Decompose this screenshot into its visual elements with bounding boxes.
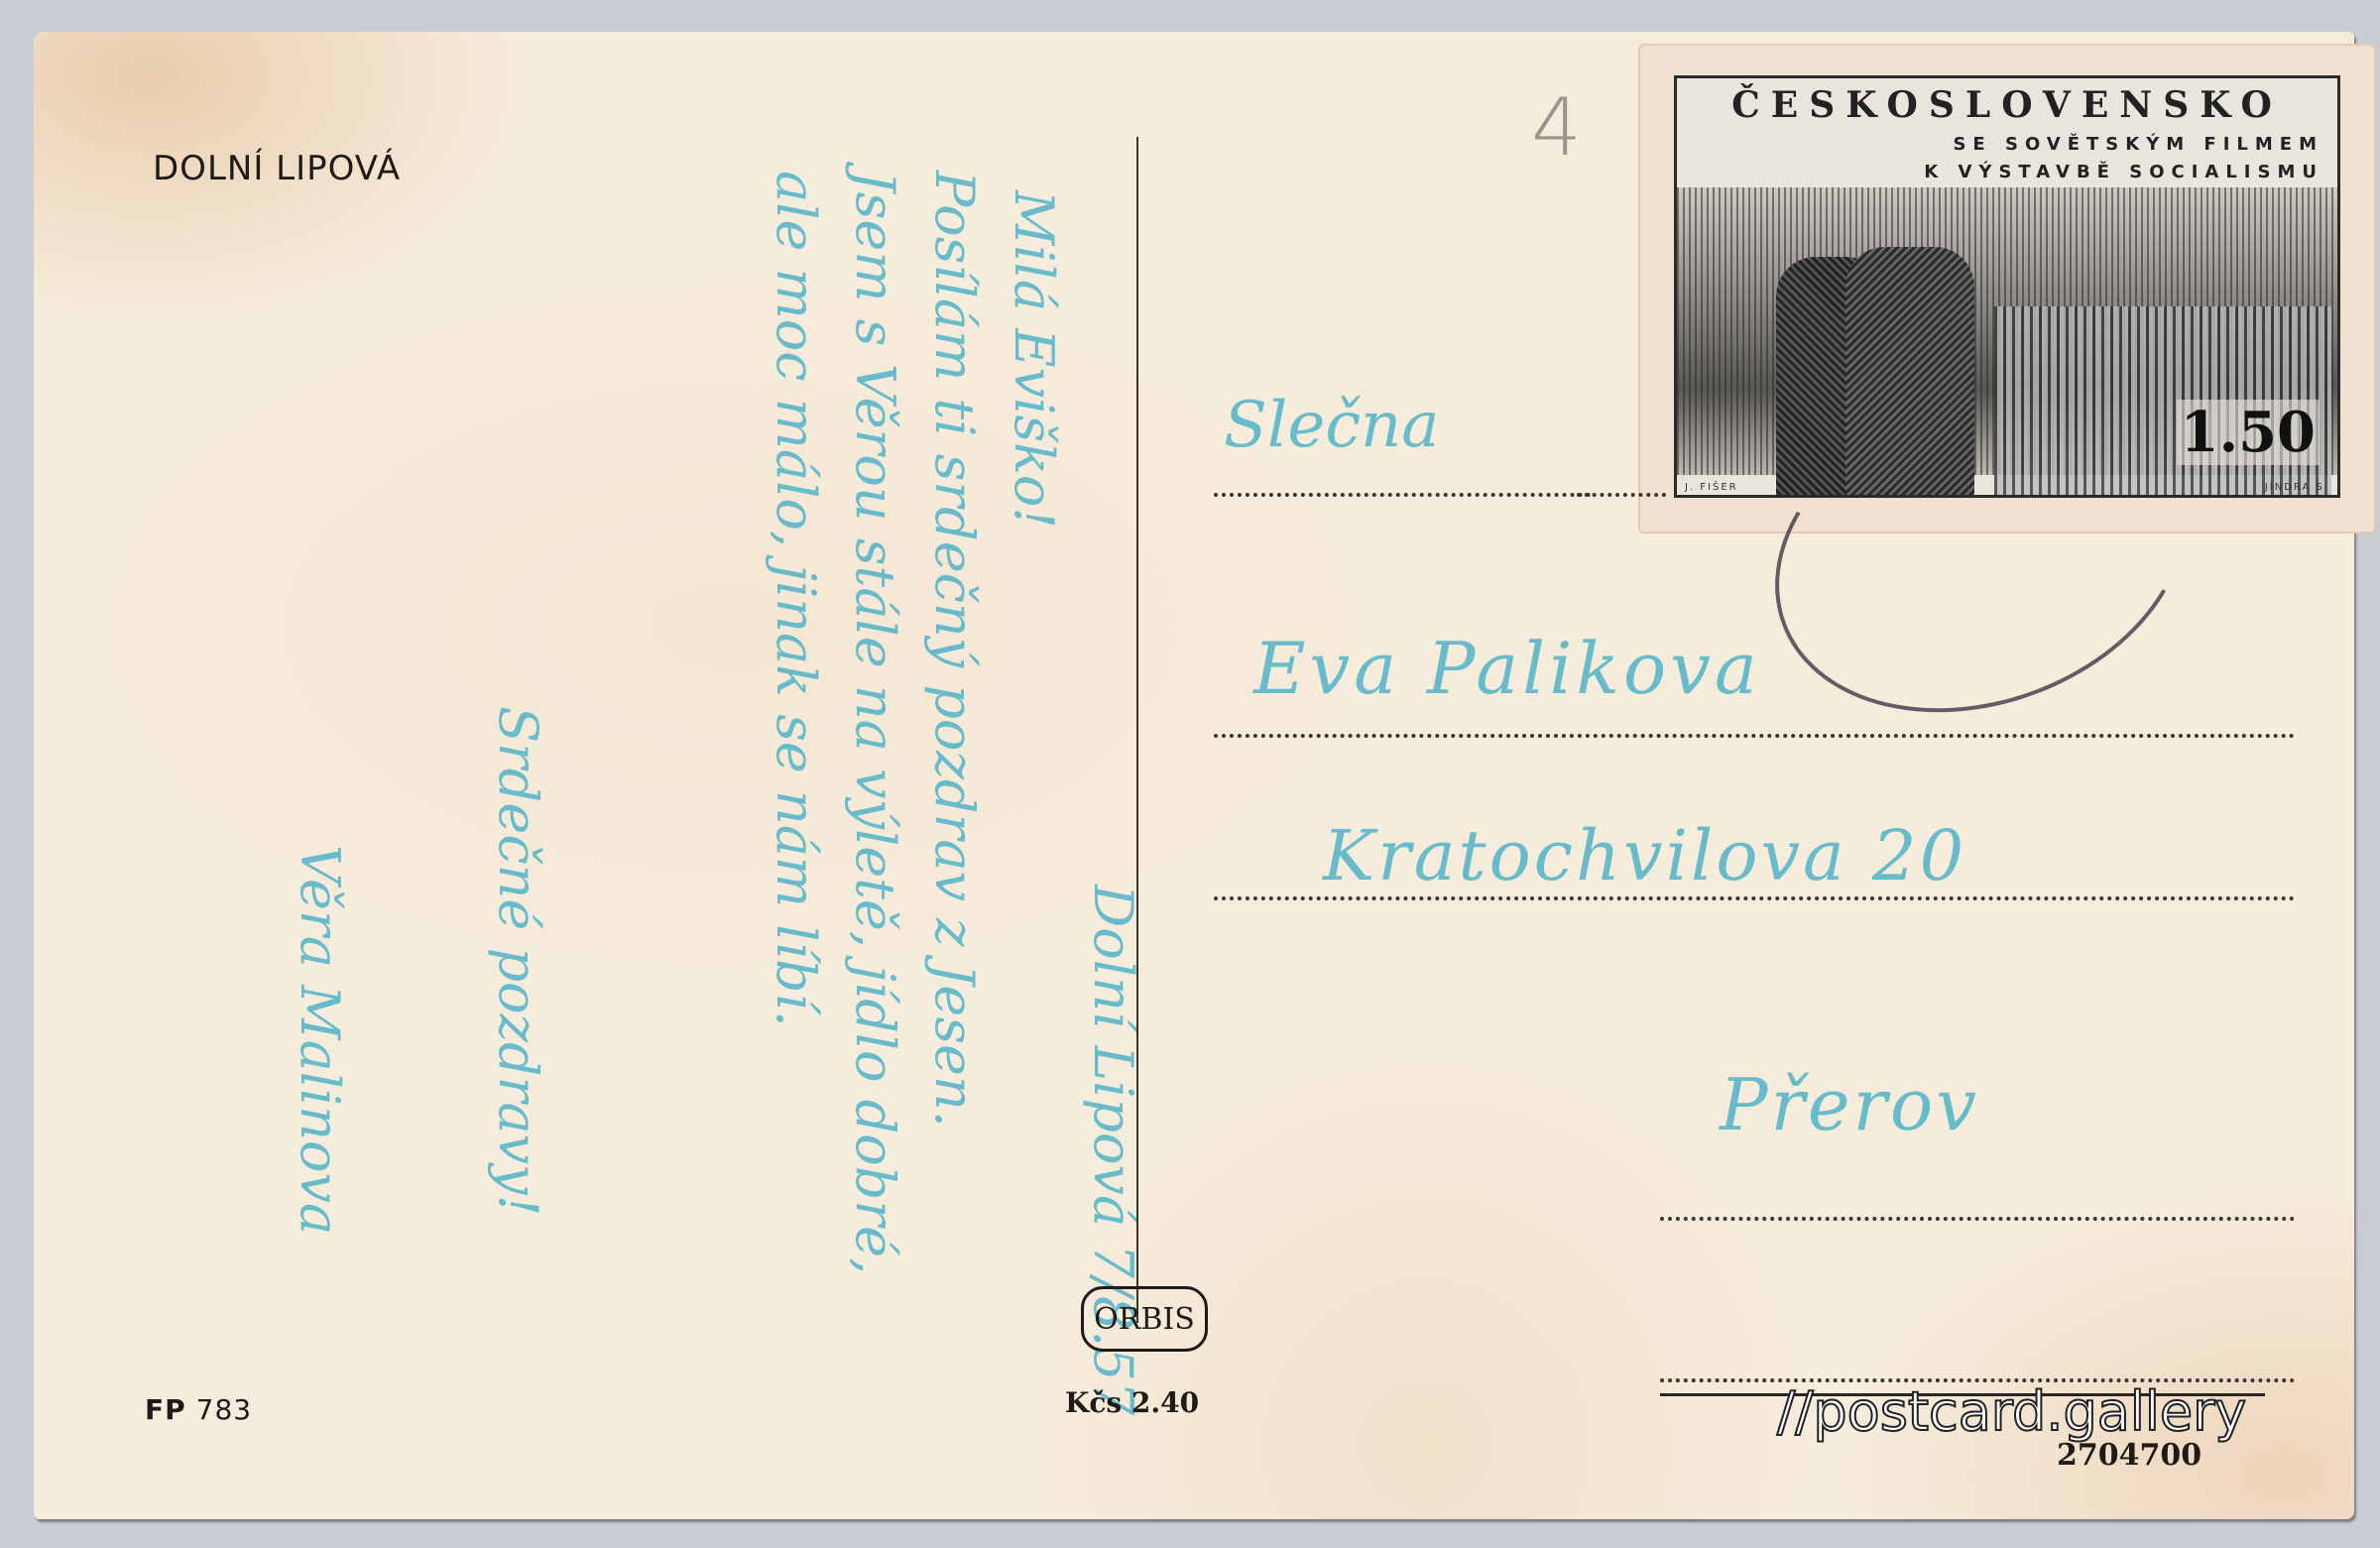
series-prefix: FP bbox=[145, 1393, 186, 1426]
stamp-country: ČESKOSLOVENSKO bbox=[1677, 84, 2337, 126]
address-name: Eva Palikova bbox=[1253, 627, 1761, 710]
publisher-logo: ORBIS bbox=[1081, 1286, 1208, 1352]
message-line: Jsem s Věrou stále na výletě, jídlo dobr… bbox=[844, 171, 906, 1274]
message-line: Milá Eviško! bbox=[1003, 190, 1065, 529]
address-city: Přerov bbox=[1720, 1063, 1979, 1146]
message-line: Věra Malinova bbox=[289, 845, 351, 1235]
stamp-engraver: JINDRA S. bbox=[2265, 482, 2329, 493]
stamp-subtitle: SE SOVĚTSKÝM FILMEM bbox=[1953, 134, 2323, 155]
address-dotted-line bbox=[1214, 493, 1591, 497]
vertical-divider bbox=[1136, 137, 1138, 1323]
address-salutation: Slečna bbox=[1224, 389, 1439, 462]
address-dotted-line bbox=[1577, 493, 1666, 497]
serial-number: 2704700 bbox=[2057, 1438, 2201, 1473]
pencil-mark: 4 bbox=[1531, 81, 1582, 174]
message-line: Posílám ti srdečný pozdrav z Jesen. bbox=[923, 171, 986, 1128]
stamp-designer: J. FIŠER bbox=[1685, 482, 1738, 493]
postcard-back: DOLNÍ LIPOVÁ Dolní Lipová 7/8.57 Milá Ev… bbox=[34, 32, 2354, 1519]
series-code: FP783 bbox=[145, 1393, 252, 1426]
address-street: Kratochvilova 20 bbox=[1323, 815, 1966, 896]
handwritten-message: Dolní Lipová 7/8.57 Milá Eviško! Posílám… bbox=[153, 151, 1144, 1440]
stamp-subtitle: K VÝSTAVBĚ SOCIALISMU bbox=[1924, 162, 2323, 182]
message-line: ale moc málo, jinak se nám líbí. bbox=[765, 171, 827, 1027]
stamp-value: 1.50 bbox=[2177, 400, 2320, 465]
address-dotted-line bbox=[1660, 1217, 2295, 1221]
price-label: Kčs 2.40 bbox=[1065, 1386, 1199, 1419]
address-dotted-line bbox=[1214, 896, 2295, 900]
message-line: Srdečné pozdravy! bbox=[487, 706, 549, 1216]
series-number: 783 bbox=[196, 1393, 252, 1426]
address-dotted-line bbox=[1214, 734, 2295, 738]
watermark: //postcard.gallery bbox=[1777, 1380, 2246, 1443]
